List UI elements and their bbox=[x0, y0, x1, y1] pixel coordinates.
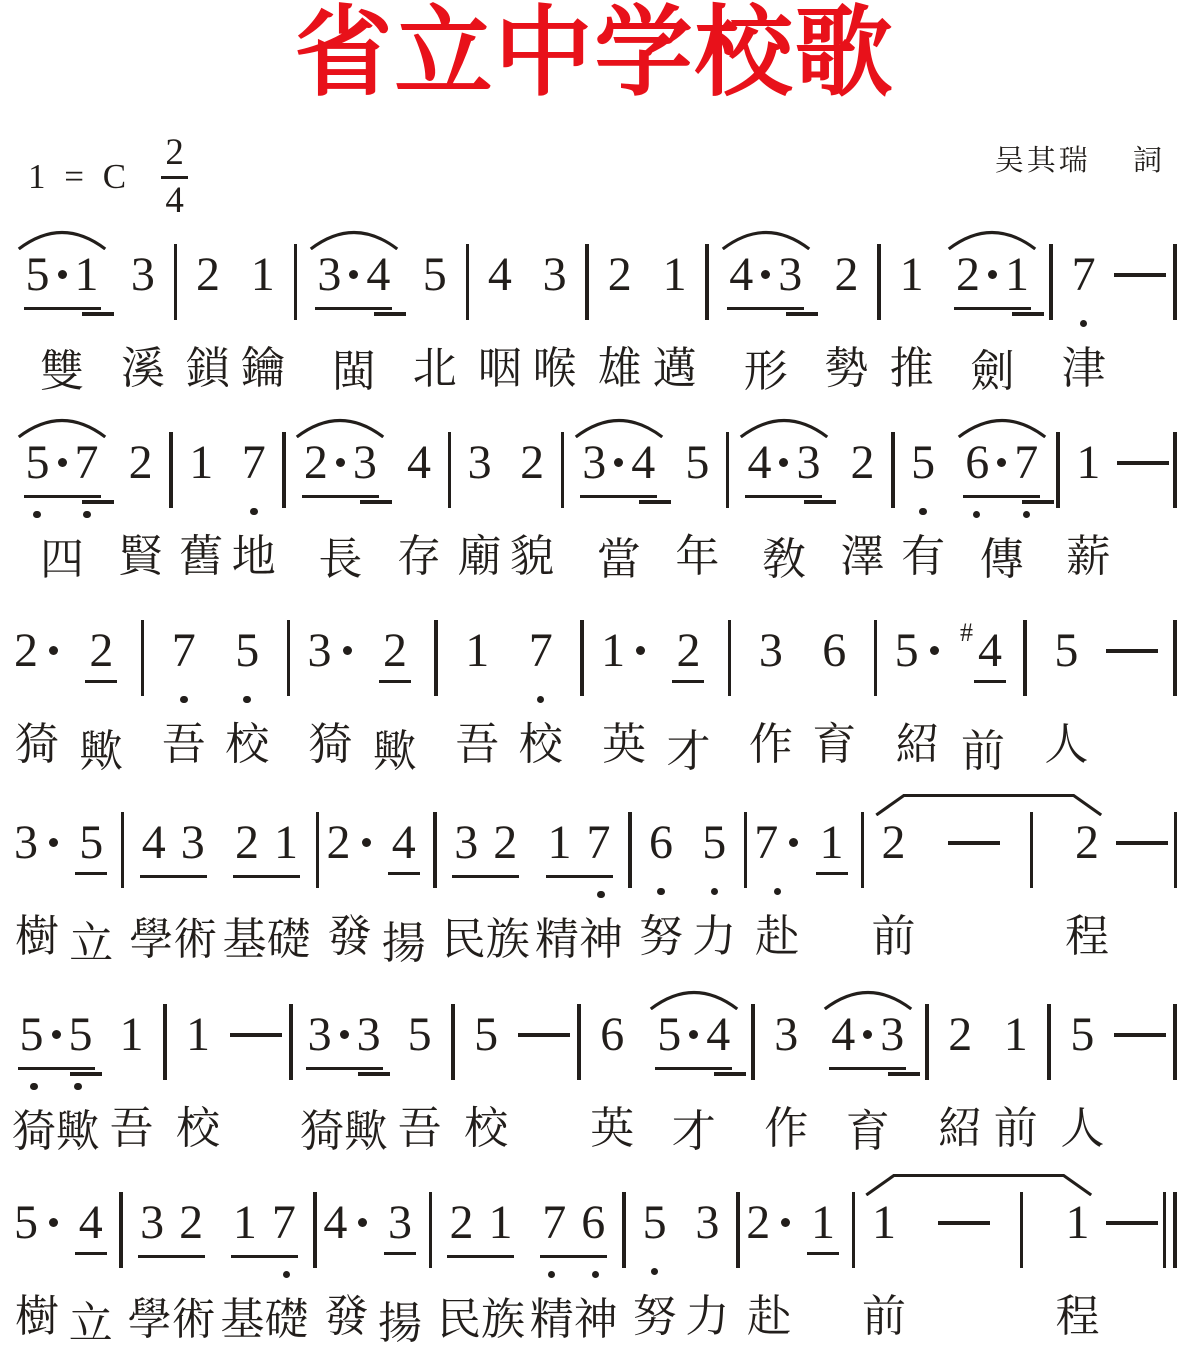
beamed-pair-token: 32民族 bbox=[442, 792, 530, 965]
barline bbox=[287, 620, 291, 696]
octave-dot-zone bbox=[1060, 317, 1108, 332]
note-digit: 1 bbox=[1065, 1198, 1089, 1248]
barline-token bbox=[585, 224, 589, 320]
note-token: 5努 bbox=[631, 1172, 679, 1342]
octave-dot-cell bbox=[768, 1077, 804, 1092]
low-octave-dot bbox=[919, 508, 927, 516]
slur-zone bbox=[893, 600, 943, 626]
lyric-text: 咽 bbox=[476, 344, 524, 394]
octave-dot-zone bbox=[531, 317, 579, 332]
low-octave-dot bbox=[33, 511, 41, 519]
note-digit: 6 bbox=[600, 1010, 624, 1060]
lyric-char: 猗 bbox=[300, 1107, 344, 1157]
slur-zone bbox=[839, 412, 887, 438]
note-digits: 5 bbox=[893, 626, 943, 683]
sub-beam-zone bbox=[683, 1255, 731, 1265]
sub-beam-zone bbox=[396, 1067, 444, 1077]
octave-dot-zone bbox=[870, 885, 918, 900]
octave-dot-zone bbox=[223, 888, 311, 903]
lyric-char: 基 bbox=[220, 1295, 264, 1345]
lyric-text bbox=[808, 919, 856, 969]
low-octave-dot bbox=[1080, 320, 1088, 328]
augmentation-dot bbox=[358, 1218, 367, 1227]
note-digit: 5 bbox=[643, 1198, 667, 1248]
note-digits: 2 bbox=[518, 438, 546, 495]
slur-arc bbox=[720, 226, 812, 250]
note-digit: 4 bbox=[142, 818, 166, 868]
note-digit: 1 bbox=[816, 818, 848, 875]
sub-beam-zone bbox=[12, 683, 62, 693]
slur-zone bbox=[888, 224, 936, 250]
note-token: 3喉 bbox=[531, 224, 579, 394]
octave-dot-zone bbox=[839, 505, 887, 520]
octave-dot-cell bbox=[900, 693, 936, 708]
octave-dot-cell bbox=[992, 320, 1042, 335]
octave-dot-cell bbox=[643, 885, 679, 900]
barline bbox=[891, 432, 895, 508]
note-digits: 3 bbox=[129, 250, 157, 307]
lyric-text: 程 bbox=[1063, 912, 1111, 962]
note-digit: 1 bbox=[872, 1198, 896, 1248]
note-digit: 5 bbox=[69, 1010, 93, 1060]
lyric-char: 精 bbox=[530, 1295, 574, 1345]
octave-dot-zone bbox=[160, 693, 208, 708]
lyric-char: 賢 bbox=[119, 532, 163, 582]
note-digits: 3 bbox=[306, 626, 356, 683]
note-token: 1薪 bbox=[1064, 412, 1112, 582]
barline bbox=[313, 1192, 317, 1268]
lyric-char: 有 bbox=[901, 532, 945, 582]
octave-dot-zone bbox=[411, 317, 459, 332]
note-token: 1前 bbox=[992, 984, 1040, 1154]
note-token: 5吾 bbox=[396, 984, 444, 1154]
note-digit: 3 bbox=[454, 818, 478, 868]
note-token: 1邁 bbox=[651, 224, 699, 394]
lyric-char: 樹 bbox=[15, 912, 59, 962]
lyric-text: 邁 bbox=[651, 344, 699, 394]
lyric-char: 立 bbox=[69, 919, 113, 969]
slur-zone bbox=[508, 412, 556, 438]
octave-dot-cell bbox=[19, 1265, 55, 1280]
octave-dot-cell bbox=[402, 1077, 438, 1092]
lyric-text: 英 bbox=[588, 1104, 636, 1154]
octave-dot-cell bbox=[417, 317, 453, 332]
augmentation-dot bbox=[349, 270, 358, 279]
held-note-token bbox=[1114, 224, 1166, 278]
note-digit: 1 bbox=[900, 250, 924, 300]
dotted-pair-token: 43敎 bbox=[734, 412, 834, 585]
octave-dot-zone bbox=[437, 1268, 525, 1283]
sub-beam-zone bbox=[1053, 1255, 1101, 1265]
held-note-dash bbox=[1114, 1033, 1166, 1038]
barline-token bbox=[119, 1172, 123, 1268]
octave-dot-cell bbox=[190, 317, 226, 332]
octave-dot-cell bbox=[344, 1080, 388, 1095]
credit-role-label: 詞 bbox=[1133, 145, 1165, 177]
note-digits: 5 bbox=[472, 1010, 500, 1067]
slur-zone bbox=[535, 792, 623, 818]
sixteenth-beam bbox=[786, 312, 818, 316]
held-note-token bbox=[1116, 792, 1168, 846]
lyric-text: 校 bbox=[223, 720, 271, 770]
octave-dot-cell bbox=[486, 888, 530, 903]
lyric-text: 歟 bbox=[77, 727, 125, 777]
lyric-char: 猗 bbox=[15, 720, 59, 770]
slur-arc bbox=[294, 414, 386, 438]
lyric-text: 力 bbox=[690, 912, 738, 962]
note-digit: 1 bbox=[548, 818, 572, 868]
beamed-pair-token: 17精神 bbox=[535, 792, 623, 965]
sub-beam-zone bbox=[734, 498, 834, 508]
note-token: 3作 bbox=[762, 984, 810, 1154]
lyric-char bbox=[818, 1299, 829, 1345]
score-line: 51雙3溪2鎖1鑰34閩5北4咽3喉2雄1邁43形2勢1推21劍7津 bbox=[12, 224, 1177, 397]
octave-dot-cell bbox=[12, 320, 62, 335]
barline-token bbox=[1173, 600, 1177, 696]
note-digit: 5 bbox=[26, 250, 50, 300]
held-note-token bbox=[1106, 1172, 1158, 1226]
lyric-text: 年 bbox=[673, 532, 721, 582]
barline bbox=[852, 1192, 856, 1268]
barline-token bbox=[925, 984, 929, 1080]
lyric-text: 赴 bbox=[752, 912, 802, 962]
lyric-text: 才 bbox=[644, 1107, 744, 1157]
barline bbox=[1174, 812, 1178, 888]
lyric-char: 育 bbox=[846, 1107, 890, 1157]
dotted-pair-token: 54才 bbox=[644, 984, 744, 1157]
meter-denominator: 4 bbox=[165, 182, 184, 221]
note-digits: 43 bbox=[140, 818, 207, 878]
note-digit: 5 bbox=[235, 626, 259, 676]
note-digits: 7 bbox=[752, 818, 802, 875]
note-token: 5紹 bbox=[893, 600, 943, 770]
note-digits: 34 bbox=[580, 438, 657, 498]
dotted-pair-token: 34閩 bbox=[304, 224, 404, 397]
low-octave-dot bbox=[774, 888, 782, 896]
barline-token bbox=[726, 412, 730, 508]
lyric-text: 勢 bbox=[823, 344, 871, 394]
lyric-char: 族 bbox=[481, 1295, 525, 1345]
octave-dot-zone bbox=[517, 693, 565, 708]
octave-dot-cell bbox=[462, 505, 498, 520]
slur-zone bbox=[823, 224, 871, 250]
octave-dot-zone bbox=[936, 1077, 984, 1092]
barline bbox=[163, 1004, 167, 1080]
lyric-text: 精神 bbox=[530, 1295, 618, 1345]
low-octave-dot bbox=[548, 1271, 556, 1279]
barline bbox=[433, 812, 437, 888]
beamed-pair-token: 32學術 bbox=[128, 1172, 216, 1345]
dotted-pair-token: 51雙 bbox=[12, 224, 112, 397]
note-digits: 4 bbox=[486, 250, 514, 307]
lyric-char: 雙 bbox=[40, 347, 84, 397]
sub-beam-zone bbox=[823, 307, 871, 317]
lyric-char: 敎 bbox=[762, 535, 806, 585]
octave-dot-zone bbox=[462, 1077, 510, 1092]
octave-dot-cell bbox=[229, 693, 265, 708]
barline bbox=[622, 1192, 626, 1268]
sub-beam-zone bbox=[12, 875, 62, 885]
lyric-char: 民 bbox=[442, 915, 486, 965]
slur-zone bbox=[437, 1172, 525, 1198]
octave-dot-cell bbox=[530, 1268, 574, 1283]
lyric-text: 前 bbox=[958, 727, 1008, 777]
octave-dot-zone bbox=[651, 317, 699, 332]
low-octave-dot bbox=[243, 696, 251, 704]
note-token: #4前 bbox=[958, 600, 1008, 777]
note-digits: 51 bbox=[24, 250, 101, 310]
lyric-char: 澤 bbox=[841, 532, 885, 582]
octave-dot-zone bbox=[380, 892, 428, 907]
note-token: 1程 bbox=[1053, 1172, 1101, 1342]
octave-dot-cell bbox=[579, 888, 623, 903]
lyric-text: 樹 bbox=[12, 912, 62, 962]
slur-zone bbox=[747, 600, 795, 626]
lyric-char: 吾 bbox=[398, 1104, 442, 1154]
lyric-text: 學術 bbox=[128, 1295, 216, 1345]
note-token: 5人 bbox=[1042, 600, 1090, 770]
barline-token bbox=[163, 984, 167, 1080]
beamed-pair-token: 21基礎 bbox=[223, 792, 311, 965]
lyric-text: 溪 bbox=[119, 344, 167, 394]
octave-dot-cell bbox=[468, 1077, 504, 1092]
lyric-text: 才 bbox=[664, 727, 712, 777]
note-digit: 2 bbox=[1075, 818, 1099, 868]
sub-beam-zone bbox=[535, 878, 623, 888]
barline-token bbox=[433, 792, 437, 888]
note-digits: 6 bbox=[820, 626, 848, 683]
barline bbox=[736, 1192, 740, 1268]
lyric-char: 校 bbox=[519, 720, 563, 770]
lyric-char: 努 bbox=[639, 912, 683, 962]
slur-zone bbox=[942, 224, 1042, 250]
note-digit: 2 bbox=[179, 1198, 203, 1248]
lyric-text: 立 bbox=[67, 1299, 115, 1345]
note-digits: 3 bbox=[541, 250, 569, 307]
lyric-text bbox=[799, 1299, 847, 1345]
barline bbox=[925, 1004, 929, 1080]
sub-beam-zone bbox=[304, 310, 404, 320]
barline-token bbox=[577, 984, 581, 1080]
tie-group: 1前1程 bbox=[860, 1172, 1102, 1342]
note-digit: 4 bbox=[407, 438, 431, 488]
held-note-token bbox=[230, 984, 282, 1038]
note-digits: 3 bbox=[772, 1010, 800, 1067]
barline-token bbox=[628, 792, 632, 888]
note-digit: 7 bbox=[1072, 250, 1096, 300]
note-token: 2澤 bbox=[839, 412, 887, 582]
augmentation-dot bbox=[336, 458, 345, 467]
sub-beam-zone bbox=[752, 875, 802, 885]
low-octave-dot bbox=[30, 1083, 38, 1091]
lyric-char: 基 bbox=[223, 915, 267, 965]
octave-dot-zone bbox=[239, 317, 287, 332]
lyric-text: 猗歟 bbox=[12, 1107, 100, 1157]
octave-dot-zone bbox=[12, 693, 62, 708]
low-octave-dot bbox=[250, 508, 258, 516]
barline bbox=[316, 812, 320, 888]
octave-dot-cell bbox=[657, 317, 693, 332]
sub-beam-zone bbox=[517, 683, 565, 693]
slur-zone bbox=[818, 984, 918, 1010]
sub-beam-zone bbox=[128, 1258, 216, 1268]
slur-zone bbox=[734, 412, 834, 438]
lyric-char: 程 bbox=[1065, 912, 1109, 962]
note-token: 5樹 bbox=[12, 1172, 62, 1342]
note-digits: 5 bbox=[1052, 626, 1080, 683]
sub-beam-zone bbox=[588, 1067, 636, 1077]
octave-dot-zone bbox=[304, 320, 404, 335]
augmentation-dot bbox=[761, 270, 770, 279]
sub-beam-zone bbox=[220, 1258, 308, 1268]
octave-dot-cell bbox=[354, 320, 404, 335]
octave-dot-zone bbox=[119, 317, 167, 332]
octave-dot-cell bbox=[766, 320, 816, 335]
augmentation-dot bbox=[689, 1030, 698, 1039]
sheet-music-page: 省立中学校歌 1 = C 2 4 吴其瑞 詞 51雙3溪2鎖1鑰34閩5北4咽3… bbox=[0, 0, 1189, 1345]
octave-dot-zone bbox=[860, 1265, 908, 1280]
note-digits: 3 bbox=[382, 1198, 418, 1262]
lyric-char: 作 bbox=[749, 720, 793, 770]
dotted-pair-token: 33猗歟 bbox=[300, 984, 388, 1157]
lyric-char: 邁 bbox=[653, 344, 697, 394]
slur-zone bbox=[530, 1172, 618, 1198]
augmentation-dot bbox=[58, 270, 67, 279]
sub-beam-zone bbox=[747, 683, 795, 693]
sub-beam-zone bbox=[839, 495, 887, 505]
sub-beam-zone bbox=[762, 1067, 810, 1077]
octave-dot-cell bbox=[602, 317, 638, 332]
lyric-char: 礎 bbox=[264, 1295, 308, 1345]
lyric-char: 薪 bbox=[1066, 532, 1110, 582]
barline-token bbox=[561, 412, 565, 508]
sixteenth-beam bbox=[639, 500, 671, 504]
held-note-dash bbox=[1106, 649, 1158, 654]
octave-dot-cell bbox=[574, 1268, 618, 1283]
slur-zone bbox=[683, 1172, 731, 1198]
slur-zone bbox=[651, 224, 699, 250]
lyric-text: 傳 bbox=[952, 535, 1052, 585]
lyric-text: 人 bbox=[1058, 1104, 1106, 1154]
octave-dot-zone bbox=[808, 892, 856, 907]
lyric-char: 歟 bbox=[344, 1107, 388, 1157]
note-digits: 5 bbox=[700, 818, 728, 875]
barline bbox=[580, 620, 584, 696]
lyric-text: 吾 bbox=[453, 720, 501, 770]
note-digit: 3 bbox=[796, 438, 820, 488]
note-digit: 3 bbox=[357, 1010, 381, 1060]
lyric-char: 猗 bbox=[12, 1107, 56, 1157]
lyric-text: 前 bbox=[860, 1292, 908, 1342]
octave-dot-cell bbox=[482, 317, 518, 332]
slur-zone bbox=[1042, 600, 1090, 626]
note-digits: 33 bbox=[306, 1010, 383, 1070]
note-digit: 5 bbox=[657, 1010, 681, 1060]
final-barline bbox=[1163, 1192, 1167, 1268]
octave-dot-cell bbox=[129, 888, 173, 903]
barline bbox=[728, 620, 732, 696]
octave-dot-cell bbox=[56, 1080, 100, 1095]
octave-dot-zone bbox=[300, 1080, 388, 1095]
lyric-char bbox=[826, 919, 837, 969]
sub-beam-zone bbox=[1063, 875, 1111, 885]
note-digit: 2 bbox=[851, 438, 875, 488]
lyric-text: 存 bbox=[395, 532, 443, 582]
sub-beam-zone bbox=[799, 1262, 847, 1272]
lyric-text: 敎 bbox=[734, 535, 834, 585]
lyric-char: 津 bbox=[1062, 344, 1106, 394]
note-digits: 2 bbox=[127, 438, 155, 495]
note-digit: 7 bbox=[272, 1198, 296, 1248]
note-digits: 2 bbox=[606, 250, 634, 307]
octave-dot-cell bbox=[637, 1265, 673, 1280]
lyric-text: 四 bbox=[12, 535, 112, 585]
barline-token bbox=[174, 224, 178, 320]
octave-dot-zone bbox=[690, 885, 738, 900]
note-digits: 5 bbox=[1068, 1010, 1096, 1067]
slur-zone bbox=[223, 600, 271, 626]
score-line: 55猗歟1吾1校33猗歟5吾5校6英54才3作43育2紹1前5人 bbox=[12, 984, 1177, 1157]
note-digits: 1 bbox=[599, 626, 649, 683]
note-digit: 1 bbox=[1005, 250, 1029, 300]
note-digit: 5 bbox=[702, 818, 726, 868]
sub-beam-zone bbox=[690, 875, 738, 885]
note-digits: 76 bbox=[540, 1198, 607, 1258]
lyric-text: 雄 bbox=[596, 344, 644, 394]
lyric-char: 劍 bbox=[970, 347, 1014, 397]
note-digits: 4 bbox=[73, 1198, 109, 1262]
octave-dot-zone bbox=[174, 1077, 222, 1092]
slur-zone bbox=[129, 792, 217, 818]
augmentation-dot bbox=[997, 458, 1006, 467]
note-digits: 2 bbox=[12, 626, 62, 683]
octave-dot-zone bbox=[631, 1265, 679, 1280]
note-digit: 3 bbox=[308, 1010, 332, 1060]
octave-dot-zone bbox=[899, 505, 947, 520]
sub-beam-zone bbox=[230, 495, 278, 505]
slur-zone bbox=[300, 984, 388, 1010]
augmentation-dot bbox=[614, 458, 623, 467]
barline-token bbox=[744, 792, 748, 888]
note-digit: 5 bbox=[26, 438, 50, 488]
note-digits: 57 bbox=[24, 438, 101, 498]
octave-dot-zone bbox=[230, 505, 278, 520]
lyric-char: 前 bbox=[994, 1104, 1038, 1154]
lyric-char: 人 bbox=[1060, 1104, 1104, 1154]
note-digits: 6 bbox=[647, 818, 675, 875]
barline-token bbox=[1173, 412, 1177, 508]
barline bbox=[119, 1192, 123, 1268]
held-note-dash bbox=[1116, 841, 1168, 846]
note-digit: 4 bbox=[323, 1198, 347, 1248]
octave-dot-zone bbox=[108, 1077, 156, 1092]
lyric-char: 樹 bbox=[15, 1292, 59, 1342]
sixteenth-beam bbox=[82, 500, 114, 504]
note-token: 5力 bbox=[690, 792, 738, 962]
slur-zone bbox=[644, 984, 744, 1010]
octave-dot-cell bbox=[166, 693, 202, 708]
note-token: 3廟 bbox=[456, 412, 504, 582]
note-token: 4咽 bbox=[476, 224, 524, 394]
note-digit: 1 bbox=[251, 250, 275, 300]
lyric-text: 歟 bbox=[371, 727, 419, 777]
octave-dot-cell bbox=[442, 888, 486, 903]
octave-dot-cell bbox=[868, 1080, 918, 1095]
lyric-char: 力 bbox=[692, 912, 736, 962]
slur-zone bbox=[531, 224, 579, 250]
octave-dot-zone bbox=[823, 317, 871, 332]
lyric-text: 紹 bbox=[936, 1104, 984, 1154]
